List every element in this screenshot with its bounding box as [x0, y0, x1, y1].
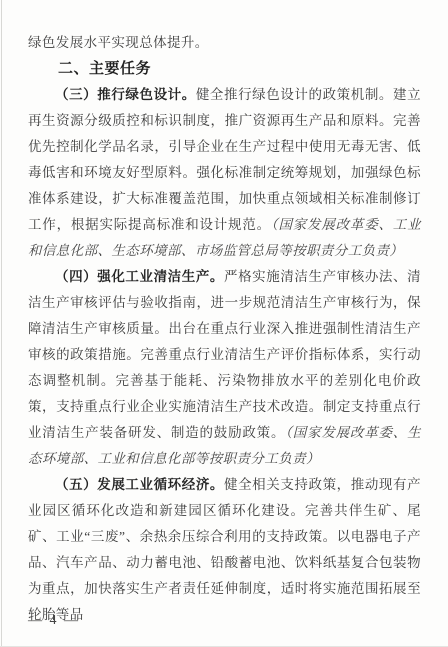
paragraph-5-lead: （五）发展工业循环经济。	[55, 477, 224, 492]
intro-continuation-line: 绿色发展水平实现总体提升。	[28, 30, 421, 56]
paragraph-4-body: 严格实施清洁生产审核办法、清洁生产审核评估与验收指南，进一步规范清洁生产审核行为…	[28, 269, 421, 440]
paragraph-5-body: 健全相关支持政策，推动现有产业园区循环化改造和新建园区循环化建设。完善共伴生矿、…	[28, 477, 421, 622]
paragraph-item-4: （四）强化工业清洁生产。严格实施清洁生产审核办法、清洁生产审核评估与验收指南，进…	[28, 264, 421, 472]
paragraph-3-body: 健全推行绿色设计的政策机制。建立再生资源分级质控和标识制度，推广资源再生产品和原…	[28, 87, 421, 232]
page-number: — 4 —	[28, 613, 80, 629]
document-page: 绿色发展水平实现总体提升。 二、主要任务 （三）推行绿色设计。健全推行绿色设计的…	[0, 0, 448, 647]
section-heading: 二、主要任务	[28, 56, 421, 82]
paragraph-3-lead: （三）推行绿色设计。	[55, 87, 196, 102]
document-body: 绿色发展水平实现总体提升。 二、主要任务 （三）推行绿色设计。健全推行绿色设计的…	[28, 30, 421, 628]
paragraph-4-lead: （四）强化工业清洁生产。	[55, 269, 224, 284]
paragraph-item-3: （三）推行绿色设计。健全推行绿色设计的政策机制。建立再生资源分级质控和标识制度，…	[28, 82, 421, 264]
paragraph-item-5: （五）发展工业循环经济。健全相关支持政策，推动现有产业园区循环化改造和新建园区循…	[28, 472, 421, 628]
